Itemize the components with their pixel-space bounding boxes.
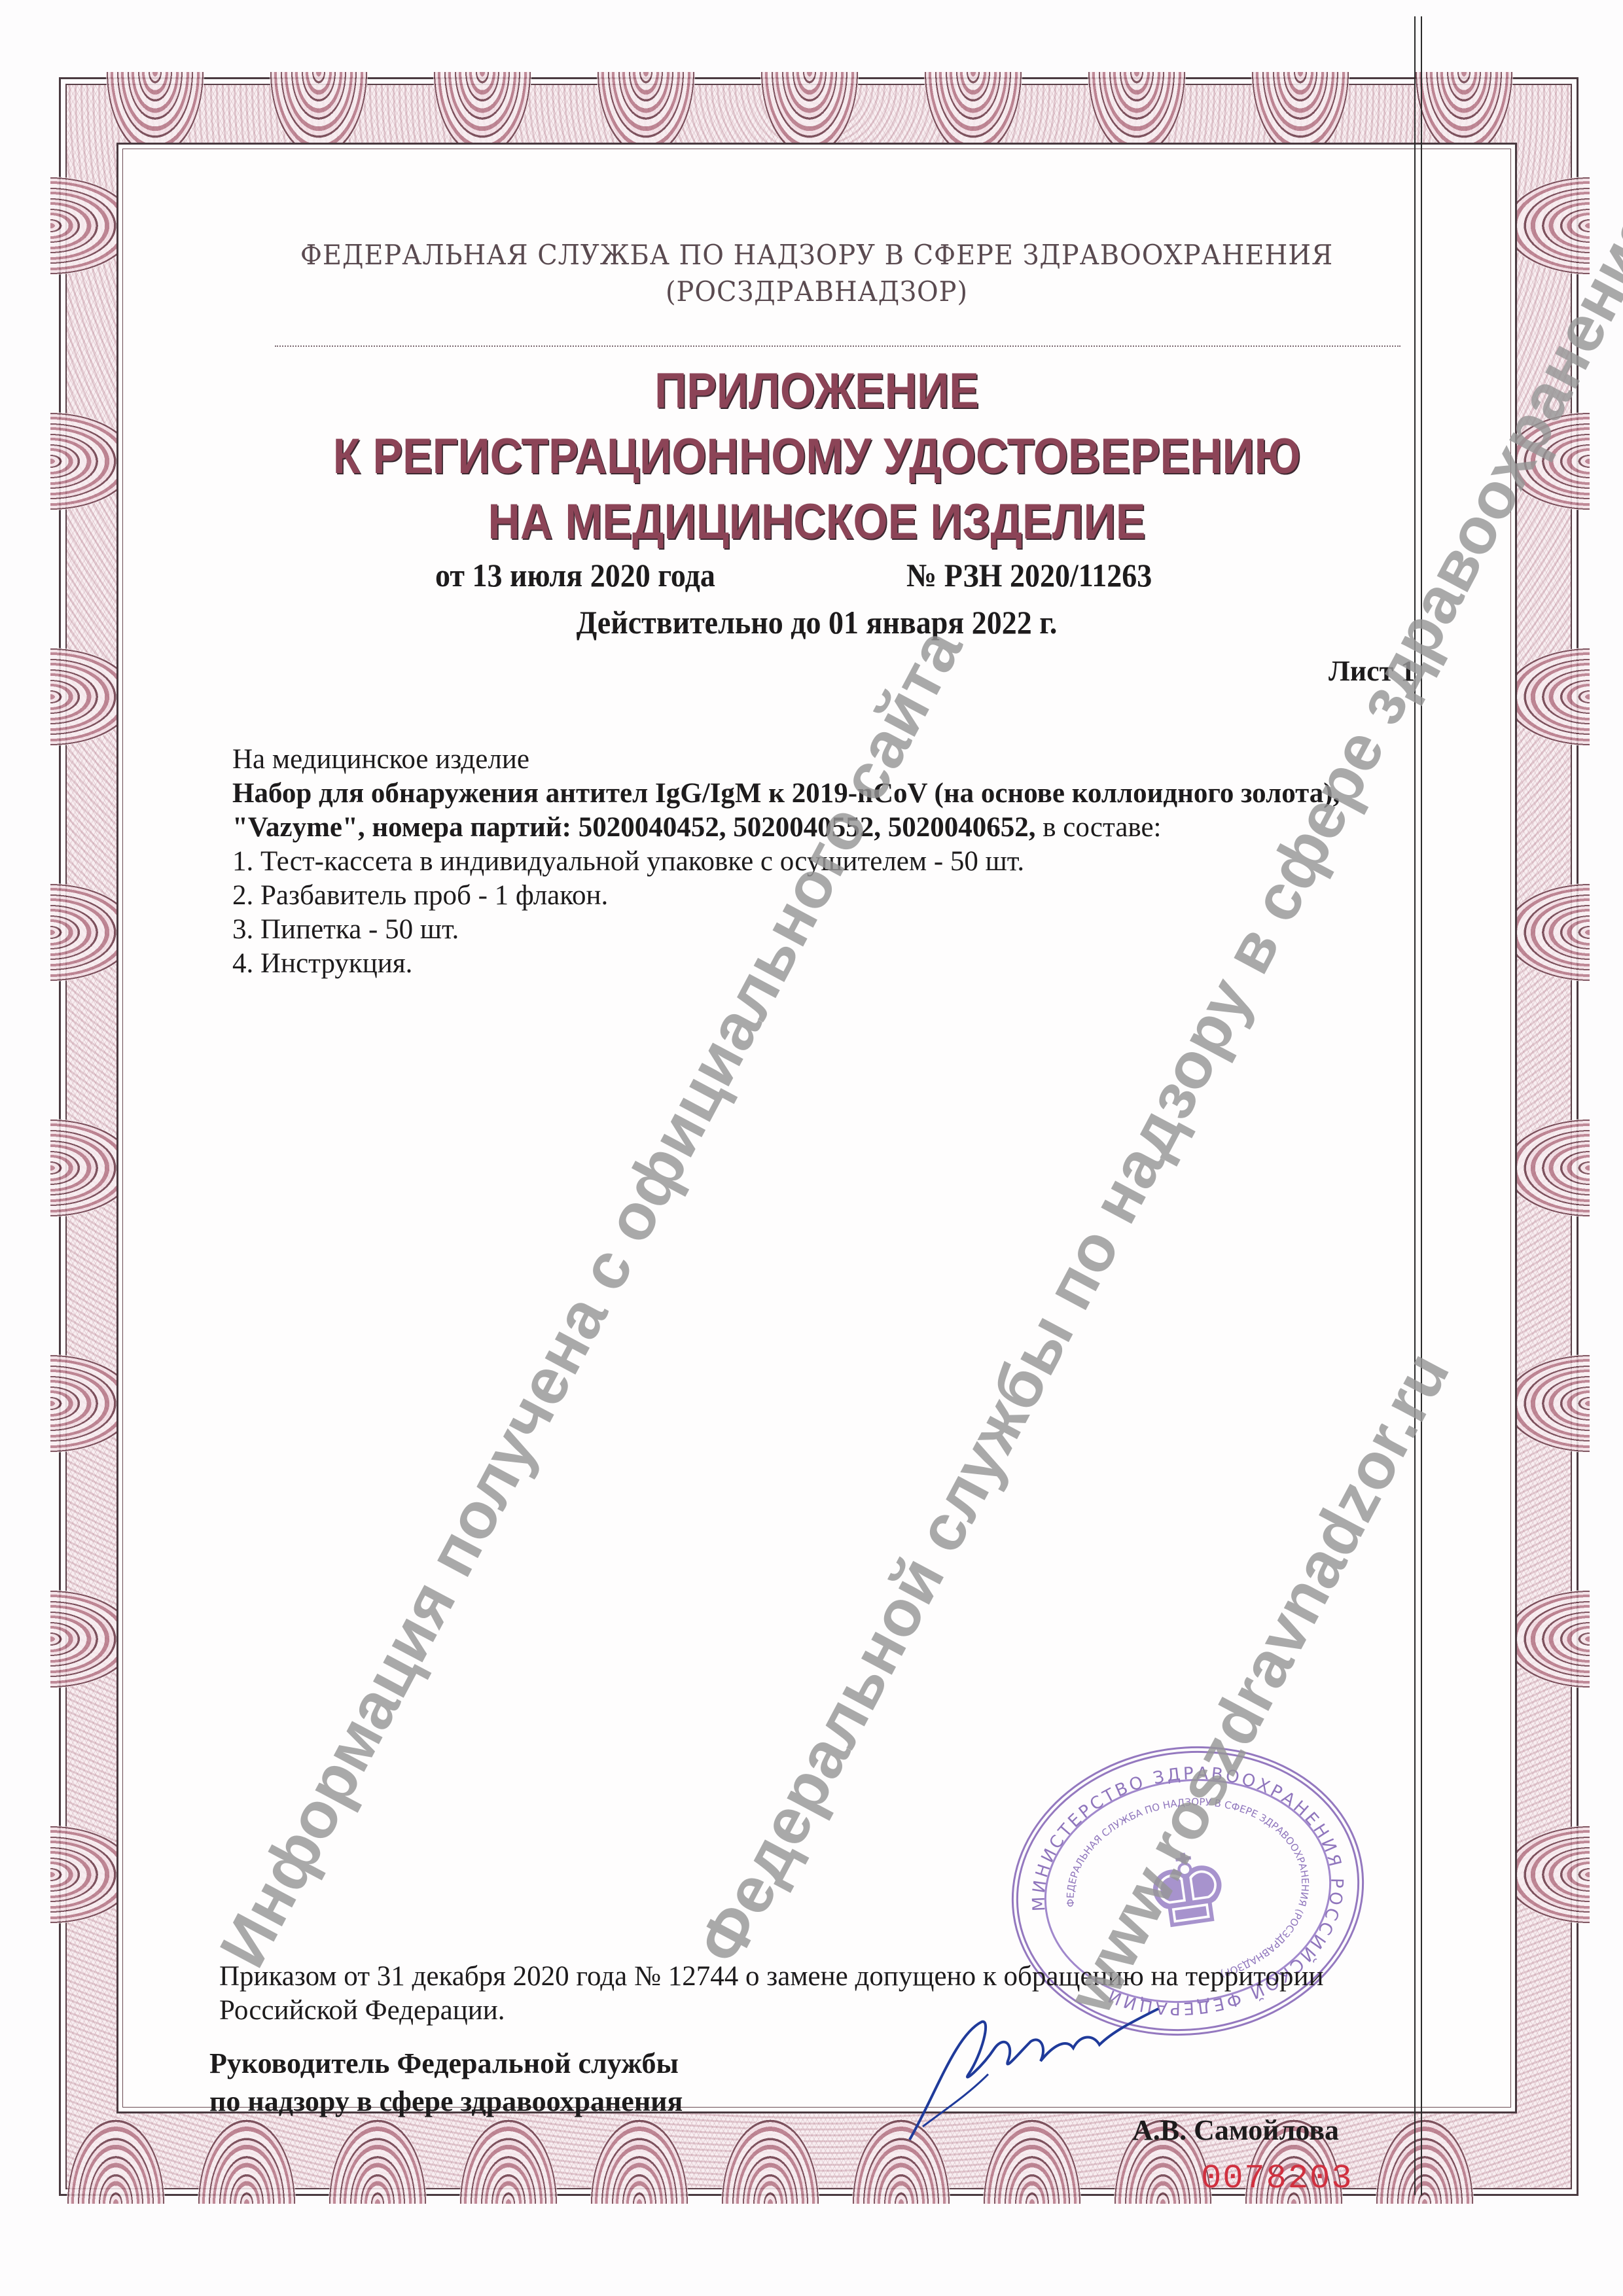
issue-date: от 13 июля 2020 года <box>435 556 715 594</box>
title-line-3: НА МЕДИЦИНСКОЕ ИЗДЕЛИЕ <box>187 489 1447 555</box>
product-tail: в составе: <box>1035 812 1161 843</box>
document-title: ПРИЛОЖЕНИЕ К РЕГИСТРАЦИОННОМУ УДОСТОВЕРЕ… <box>187 359 1447 555</box>
order-note: Приказом от 31 декабря 2020 года № 12744… <box>219 1960 1384 2028</box>
signatory-title-line-1: Руководитель Федеральной службы <box>209 2045 683 2083</box>
valid-until: Действительно до 01 января 2022 г. <box>173 603 1461 641</box>
agency-name: ФЕДЕРАЛЬНАЯ СЛУЖБА ПО НАДЗОРУ В СФЕРЕ ЗД… <box>152 237 1482 274</box>
border-ornament <box>1505 1119 1590 1217</box>
border-ornament <box>198 2119 296 2204</box>
title-line-1: ПРИЛОЖЕНИЕ <box>187 359 1447 424</box>
border-ornament <box>721 2119 819 2204</box>
scan-fold-line <box>1414 16 1422 2195</box>
border-ornament <box>1505 648 1590 746</box>
border-ornament <box>329 2119 427 2204</box>
title-line-2: К РЕГИСТРАЦИОННОМУ УДОСТОВЕРЕНИЮ <box>187 424 1447 489</box>
signer-name: А.В. Самойлова <box>1132 2113 1339 2147</box>
border-ornament <box>459 2119 558 2204</box>
border-ornament <box>1505 883 1590 981</box>
registration-number: № РЗН 2020/11263 <box>906 556 1152 594</box>
form-serial-number: 0078203 <box>1201 2159 1353 2198</box>
border-ornament <box>67 2119 165 2204</box>
border-ornament <box>1505 1826 1590 1924</box>
border-ornament <box>1505 1354 1590 1453</box>
agency-header: ФЕДЕРАЛЬНАЯ СЛУЖБА ПО НАДЗОРУ В СФЕРЕ ЗД… <box>152 237 1482 310</box>
border-ornament <box>1505 1590 1590 1688</box>
header-divider <box>275 345 1400 347</box>
border-ornament <box>590 2119 688 2204</box>
signatory-title-line-2: по надзору в сфере здравоохранения <box>209 2083 683 2121</box>
agency-abbreviation: (РОСЗДРАВНАДЗОР) <box>152 274 1482 310</box>
product-name: Набор для обнаружения антител IgG/IgM к … <box>232 778 1340 843</box>
border-ornament <box>1376 2119 1474 2204</box>
signatory-title: Руководитель Федеральной службы по надзо… <box>209 2045 683 2121</box>
